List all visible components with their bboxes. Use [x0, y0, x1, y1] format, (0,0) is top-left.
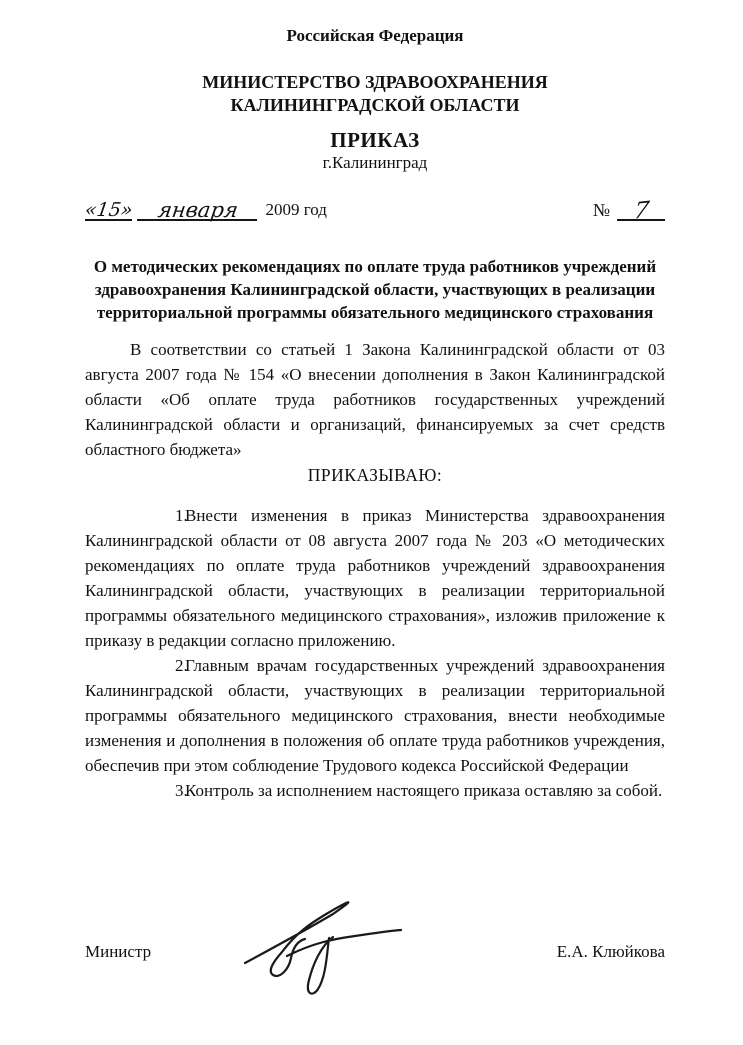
order-item-2: 2.Главным врачам государственных учрежде… — [85, 653, 665, 778]
number-sign: № — [593, 199, 610, 221]
decree-word: ПРИКАЗЫВАЮ: — [85, 462, 665, 488]
handwritten-day: «15» — [84, 202, 134, 219]
order-item-1: 1.Внести изменения в приказ Министерства… — [85, 503, 665, 653]
signer-name: Е.А. Клюйкова — [557, 941, 665, 962]
signer-position-label: Министр — [85, 941, 151, 962]
document-type-heading: ПРИКАЗ — [85, 128, 665, 152]
minister-signature-icon — [233, 877, 413, 997]
handwritten-number-underline: 7 — [617, 204, 665, 221]
item-3-text: Контроль за исполнением настоящего прика… — [185, 781, 662, 800]
item-1-number: 1. — [130, 503, 185, 528]
preamble-paragraph: В соответствии со статьей 1 Закона Калин… — [85, 337, 665, 462]
document-title: О методических рекомендациях по оплате т… — [88, 255, 663, 324]
city-label: г.Калининград — [85, 153, 665, 173]
handwritten-month: января — [156, 202, 238, 219]
ministry-heading: МИНИСТЕРСТВО ЗДРАВООХРАНЕНИЯ КАЛИНИНГРАД… — [125, 71, 625, 117]
item-1-text: Внести изменения в приказ Министерства з… — [85, 506, 665, 650]
year-label: 2009 год — [257, 199, 326, 221]
order-item-3: 3.Контроль за исполнением настоящего при… — [85, 778, 665, 803]
order-items: 1.Внести изменения в приказ Министерства… — [85, 503, 665, 803]
signature-row: Министр Е.А. Клюйкова — [85, 941, 665, 962]
handwritten-day-underline: «15» — [85, 202, 132, 221]
handwritten-number: 7 — [632, 203, 649, 219]
item-2-number: 2. — [130, 653, 185, 678]
document-number-field: № 7 — [593, 199, 665, 221]
handwritten-month-underline: января — [137, 202, 257, 221]
country-heading: Российская Федерация — [85, 25, 665, 46]
date-field: «15» января 2009 год — [85, 199, 327, 221]
document-page: Российская Федерация МИНИСТЕРСТВО ЗДРАВО… — [0, 0, 743, 1045]
date-and-number-row: «15» января 2009 год № 7 — [85, 185, 665, 221]
item-3-number: 3. — [130, 778, 185, 803]
